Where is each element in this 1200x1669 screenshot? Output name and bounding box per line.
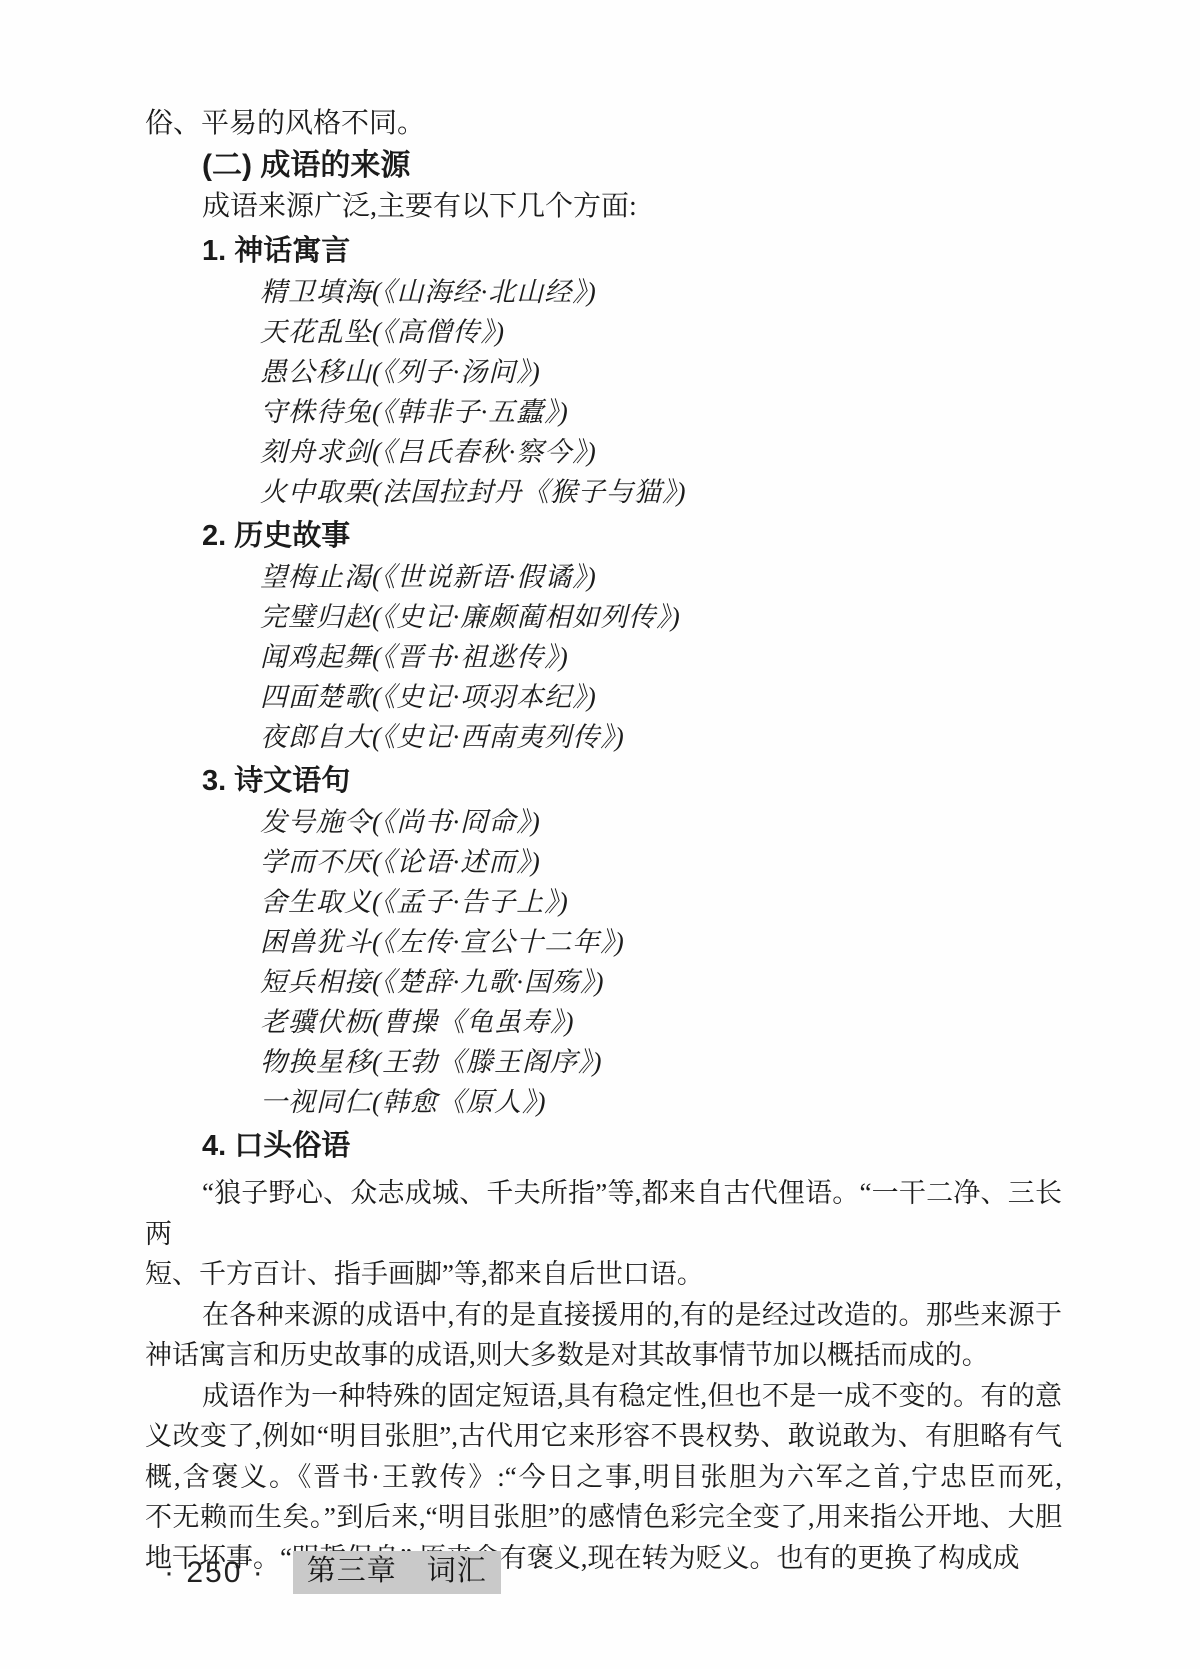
idiom-item: 发号施令(《尚书·冏命》) [260, 802, 1062, 842]
paragraph: “狼子野心、众志成城、千夫所指”等,都来自古代俚语。“一干二净、三长两 短、千方… [145, 1173, 1062, 1295]
idiom-item: 守株待兔(《韩非子·五蠹》) [260, 392, 1062, 432]
paragraph: 成语作为一种特殊的固定短语,具有稳定性,但也不是一成不变的。有的意 义改变了,例… [145, 1376, 1062, 1579]
idiom-item: 刻舟求剑(《吕氏春秋·察今》) [260, 432, 1062, 472]
paragraph-line: 成语作为一种特殊的固定短语,具有稳定性,但也不是一成不变的。有的意 [145, 1376, 1062, 1417]
paragraph-line: 短、千方百计、指手画脚”等,都来自后世口语。 [145, 1254, 1062, 1295]
subsection-heading-1: 1. 神话寓言 [202, 231, 1062, 272]
paragraph-line: 神话寓言和历史故事的成语,则大多数是对其故事情节加以概括而成的。 [145, 1335, 1062, 1376]
paragraph-line: 不无赖而生矣。”到后来,“明目张胆”的感情色彩完全变了,用来指公开地、大胆 [145, 1497, 1062, 1538]
section-intro: 成语来源广泛,主要有以下几个方面: [202, 186, 1062, 227]
page-content: 俗、平易的风格不同。 (二) 成语的来源 成语来源广泛,主要有以下几个方面: 1… [145, 103, 1062, 1578]
idiom-item: 精卫填海(《山海经·北山经》) [260, 272, 1062, 312]
idiom-item: 物换星移(王勃《滕王阁序》) [260, 1042, 1062, 1082]
idiom-item: 四面楚歌(《史记·项羽本纪》) [260, 677, 1062, 717]
lead-line: 俗、平易的风格不同。 [145, 103, 1062, 144]
idiom-item: 一视同仁(韩愈《原人》) [260, 1082, 1062, 1122]
subsection-heading-2: 2. 历史故事 [202, 516, 1062, 557]
paragraph-line: “狼子野心、众志成城、千夫所指”等,都来自古代俚语。“一干二净、三长两 [145, 1173, 1062, 1254]
page-footer: · 250 · 第三章 词汇 [164, 1551, 501, 1594]
paragraph-line: 义改变了,例如“明目张胆”,古代用它来形容不畏权势、敢说敢为、有胆略有气 [145, 1416, 1062, 1457]
idiom-item: 愚公移山(《列子·汤问》) [260, 352, 1062, 392]
idiom-item: 短兵相接(《楚辞·九歌·国殇》) [260, 962, 1062, 1002]
subsection-heading-3: 3. 诗文语句 [202, 761, 1062, 802]
idiom-item: 学而不厌(《论语·述而》) [260, 842, 1062, 882]
subsection-heading-4: 4. 口头俗语 [202, 1126, 1062, 1167]
page-number: · 250 · [164, 1556, 265, 1590]
paragraph-line: 在各种来源的成语中,有的是直接援用的,有的是经过改造的。那些来源于 [145, 1295, 1062, 1336]
idiom-item: 火中取栗(法国拉封丹《猴子与猫》) [260, 472, 1062, 512]
idiom-item: 天花乱坠(《高僧传》) [260, 312, 1062, 352]
idiom-item: 闻鸡起舞(《晋书·祖逖传》) [260, 637, 1062, 677]
idiom-item: 困兽犹斗(《左传·宣公十二年》) [260, 922, 1062, 962]
paragraph: 在各种来源的成语中,有的是直接援用的,有的是经过改造的。那些来源于 神话寓言和历… [145, 1295, 1062, 1376]
idiom-item: 望梅止渴(《世说新语·假谲》) [260, 557, 1062, 597]
paragraph-line: 概,含褒义。《晋书·王敦传》:“今日之事,明目张胆为六军之首,宁忠臣而死, [145, 1457, 1062, 1498]
book-page: 俗、平易的风格不同。 (二) 成语的来源 成语来源广泛,主要有以下几个方面: 1… [0, 0, 1200, 1669]
idiom-item: 夜郎自大(《史记·西南夷列传》) [260, 717, 1062, 757]
chapter-footer-badge: 第三章 词汇 [293, 1551, 501, 1594]
idiom-item: 完璧归赵(《史记·廉颇蔺相如列传》) [260, 597, 1062, 637]
section-heading: (二) 成语的来源 [202, 145, 1062, 186]
idiom-item: 老骥伏枥(曹操《龟虽寿》) [260, 1002, 1062, 1042]
idiom-item: 舍生取义(《孟子·告子上》) [260, 882, 1062, 922]
